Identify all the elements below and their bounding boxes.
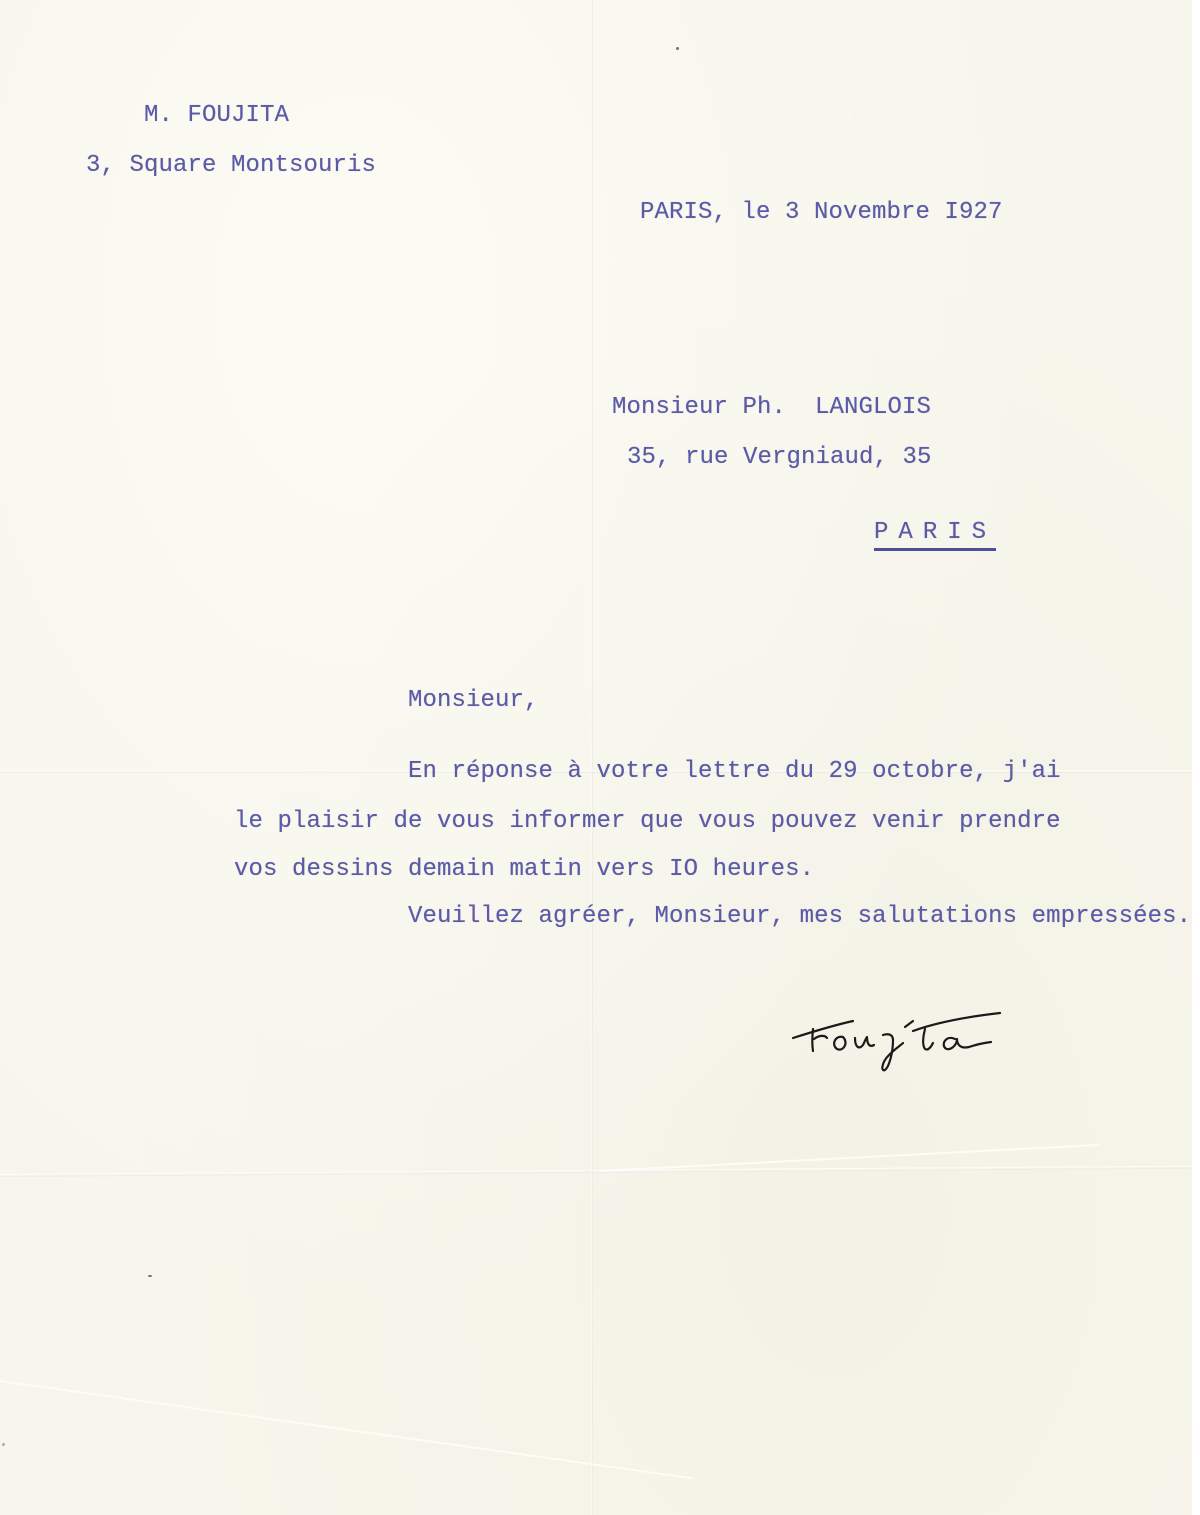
ink-speck [676, 47, 679, 50]
body-line: En réponse à votre lettre du 29 octobre,… [408, 758, 1061, 786]
sender-name: M. FOUJITA [144, 102, 289, 130]
signature-icon [785, 1005, 1025, 1075]
date-line: PARIS, le 3 Novembre I927 [640, 199, 1003, 227]
recipient-city-underlined: PARIS [874, 519, 996, 551]
salutation: Monsieur, [408, 687, 539, 715]
handwritten-signature [785, 1005, 1025, 1075]
sender-address: 3, Square Montsouris [86, 152, 376, 180]
page-edge [1192, 0, 1200, 1515]
closing-line: Veuillez agréer, Monsieur, mes salutatio… [408, 903, 1191, 931]
body-line: vos dessins demain matin vers IO heures. [234, 856, 814, 884]
recipient-street: 35, rue Vergniaud, 35 [627, 444, 932, 472]
body-line: le plaisir de vous informer que vous pou… [234, 808, 1061, 836]
recipient-city: PARIS [816, 491, 996, 575]
ink-speck [148, 1275, 152, 1277]
recipient-name: Monsieur Ph. LANGLOIS [612, 394, 931, 422]
ink-speck [2, 1443, 5, 1446]
